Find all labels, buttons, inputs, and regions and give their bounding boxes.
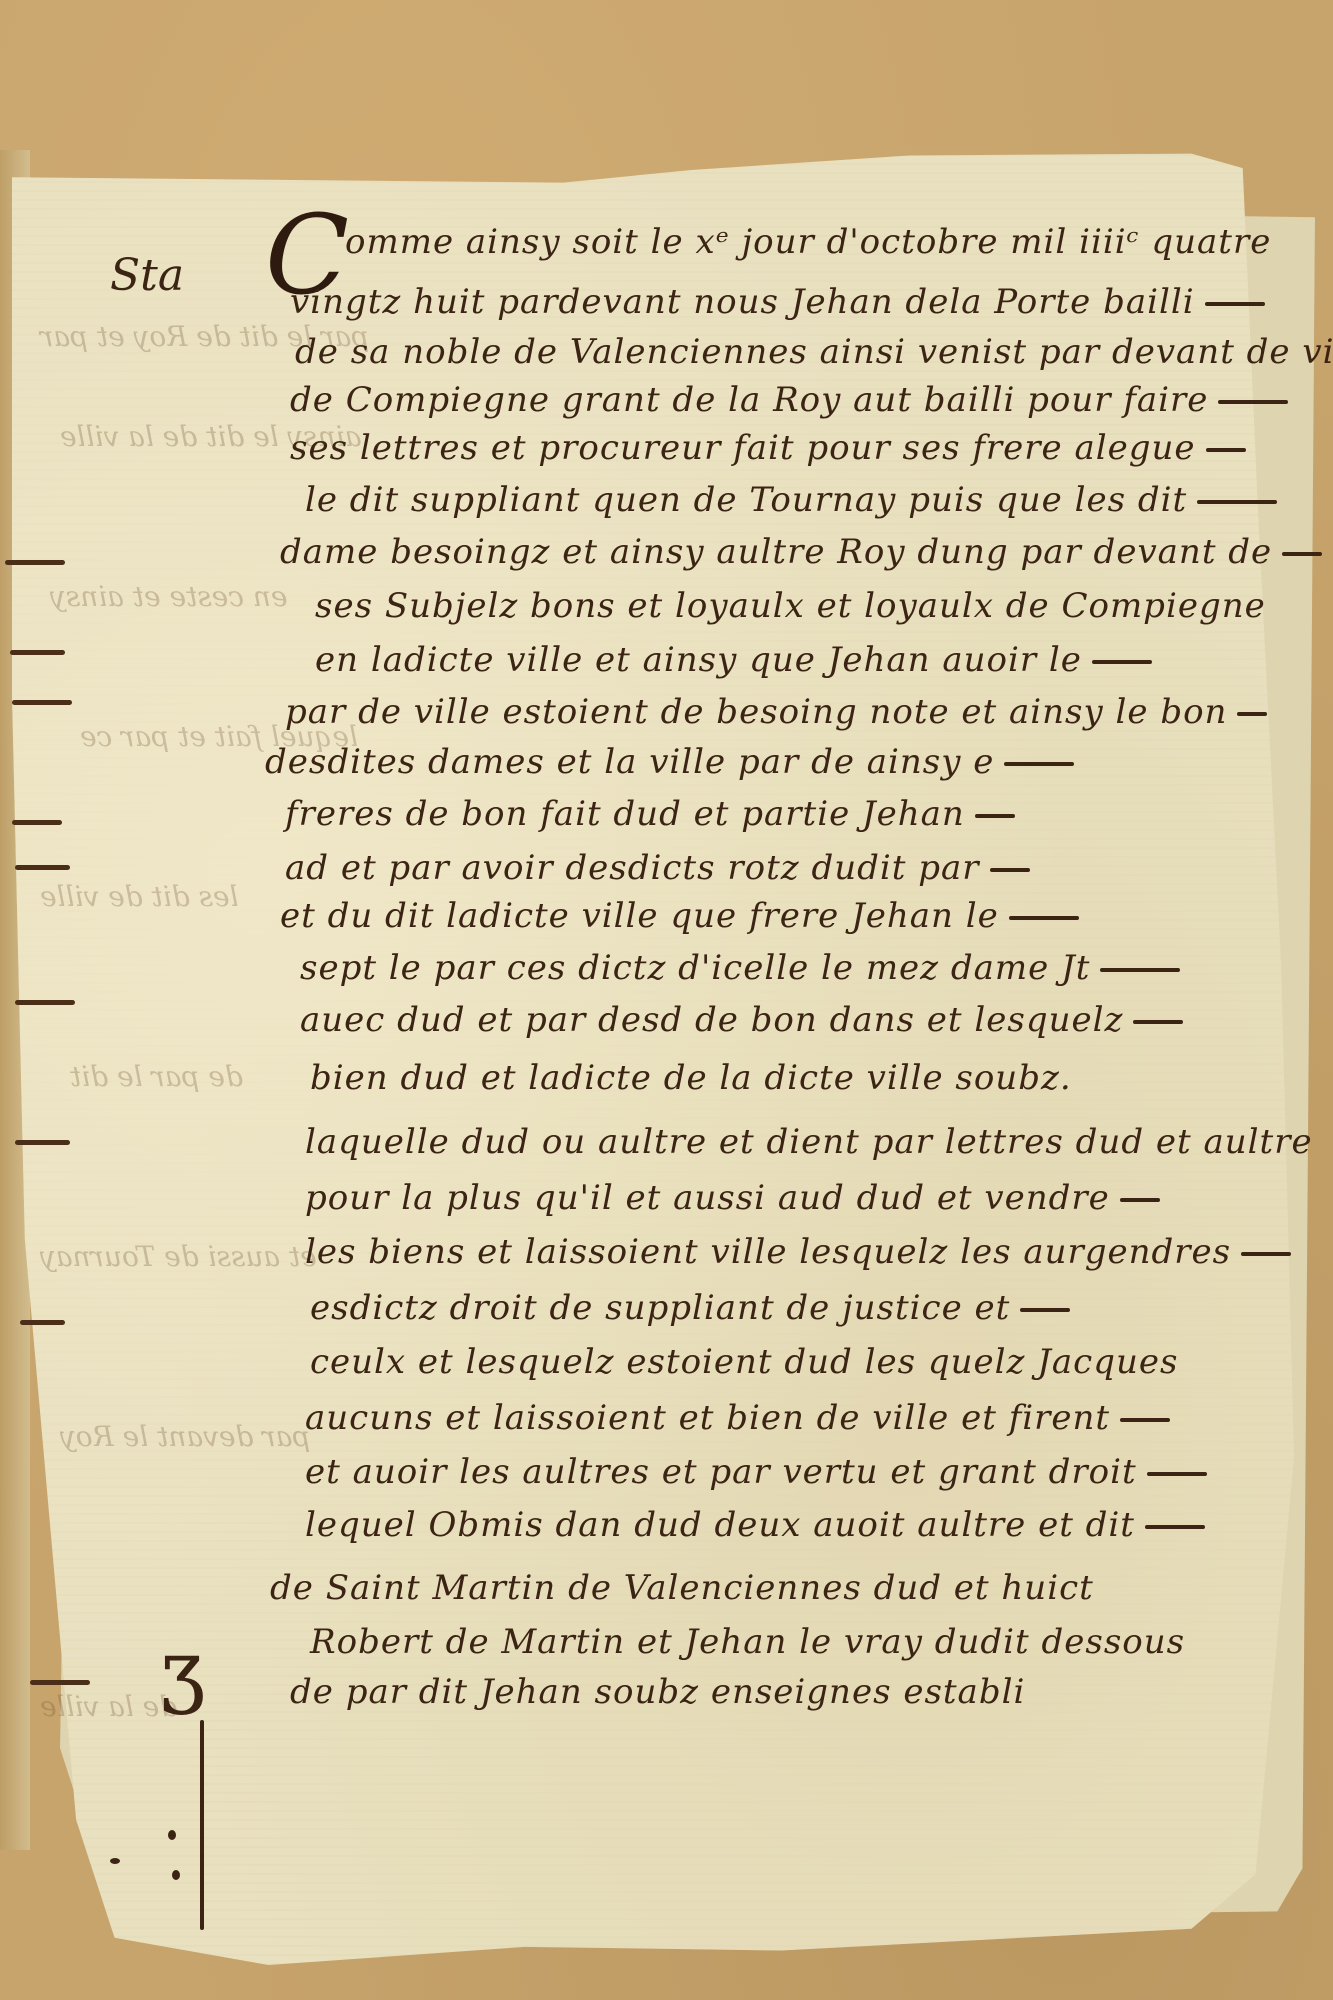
text-line-13: ad et par avoir desdicts rotz dudit par bbox=[285, 848, 1030, 888]
margin-stroke bbox=[10, 650, 65, 655]
text-line-14: et du dit ladicte ville que frere Jehan … bbox=[280, 896, 1079, 936]
ink-dot bbox=[168, 1830, 176, 1840]
ink-dot bbox=[110, 1858, 120, 1864]
margin-stroke bbox=[12, 700, 72, 705]
text-line-28: de par dit Jehan soubz enseignes establi bbox=[290, 1672, 1035, 1712]
text-line-15: sept le par ces dictz d'icelle le mez da… bbox=[300, 948, 1180, 988]
text-line-8: ses Subjelz bons et loyaulx et loyaulx d… bbox=[315, 586, 1276, 626]
text-line-27: Robert de Martin et Jehan le vray dudit … bbox=[310, 1622, 1195, 1662]
margin-stroke bbox=[30, 1680, 90, 1685]
margin-stroke bbox=[15, 865, 70, 870]
text-line-3: de sa noble de Valenciennes ainsi venist… bbox=[295, 332, 1333, 372]
text-line-24: et auoir les aultres et par vertu et gra… bbox=[305, 1452, 1207, 1492]
margin-stroke bbox=[12, 820, 62, 825]
margin-line bbox=[200, 1720, 204, 1930]
margin-stroke bbox=[15, 1000, 75, 1005]
ink-dot bbox=[172, 1870, 180, 1880]
margin-bracket: Ʒ bbox=[160, 1640, 205, 1733]
text-line-5: ses lettres et procureur fait pour ses f… bbox=[290, 428, 1246, 468]
text-line-6: le dit suppliant quen de Tournay puis qu… bbox=[305, 480, 1277, 520]
show-through-text: par devant le Roy bbox=[60, 1420, 310, 1453]
margin-stroke bbox=[5, 560, 65, 565]
text-line-4: de Compiegne grant de la Roy aut bailli … bbox=[290, 380, 1288, 420]
text-line-11: desdites dames et la ville par de ainsy … bbox=[265, 742, 1074, 782]
text-line-18: laquelle dud ou aultre et dient par lett… bbox=[305, 1122, 1323, 1162]
margin-stroke bbox=[15, 1140, 70, 1145]
text-line-16: auec dud et par desd de bon dans et lesq… bbox=[300, 1000, 1183, 1040]
text-line-7: dame besoingz et ainsy aultre Roy dung p… bbox=[280, 532, 1322, 572]
margin-note: Sta bbox=[110, 250, 184, 301]
show-through-text: en ceste et ainsy bbox=[50, 580, 287, 613]
show-through-text: de la ville bbox=[40, 1690, 177, 1723]
text-line-2: vingtz huit pardevant nous Jehan dela Po… bbox=[290, 282, 1265, 322]
text-line-19: pour la plus qu'il et aussi aud dud et v… bbox=[305, 1178, 1160, 1218]
text-line-21: esdictz droit de suppliant de justice et bbox=[310, 1288, 1070, 1328]
text-line-12: freres de bon fait dud et partie Jehan bbox=[285, 794, 1015, 834]
text-line-10: par de ville estoient de besoing note et… bbox=[285, 692, 1267, 732]
show-through-text: les dit de ville bbox=[40, 880, 238, 913]
text-line-17: bien dud et ladicte de la dicte ville so… bbox=[310, 1058, 1082, 1098]
text-line-9: en ladicte ville et ainsy que Jehan auoi… bbox=[315, 640, 1152, 680]
text-line-23: aucuns et laissoient et bien de ville et… bbox=[305, 1398, 1170, 1438]
text-line-1: omme ainsy soit le xᵉ jour d'octobre mil… bbox=[345, 222, 1281, 262]
text-line-25: lequel Obmis dan dud deux auoit aultre e… bbox=[305, 1505, 1205, 1545]
text-line-26: de Saint Martin de Valenciennes dud et h… bbox=[270, 1568, 1104, 1608]
show-through-text: et aussi de Tournay bbox=[40, 1240, 317, 1273]
margin-stroke bbox=[20, 1320, 65, 1325]
show-through-text: de par le dit bbox=[70, 1060, 243, 1093]
text-line-20: les biens et laissoient ville lesquelz l… bbox=[305, 1232, 1291, 1272]
text-line-22: ceulx et lesquelz estoient dud les quelz… bbox=[310, 1342, 1188, 1382]
